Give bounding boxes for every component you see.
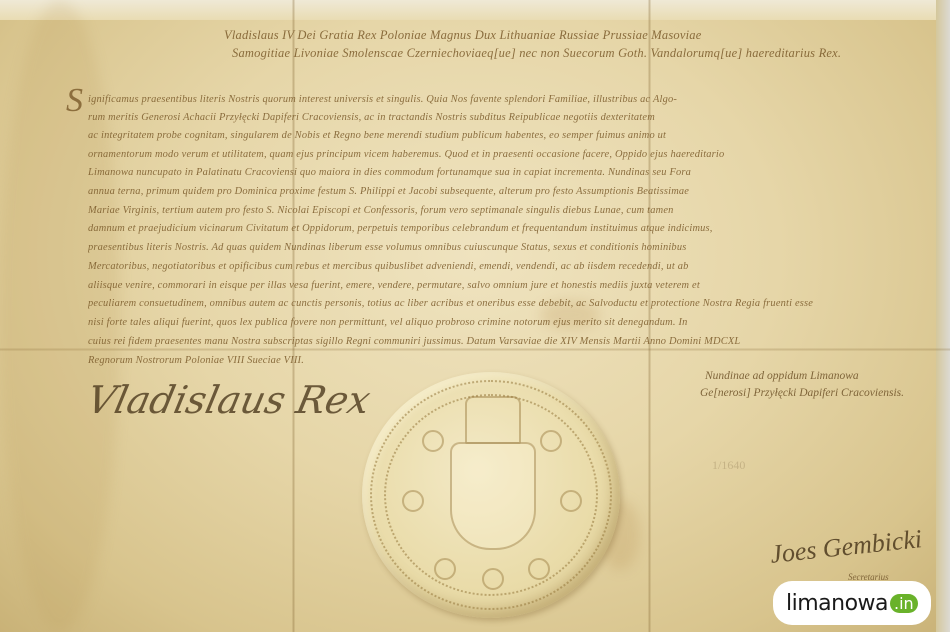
body-line: Limanowa nuncupato in Palatinatu Cracovi…: [88, 167, 938, 178]
body-line: aliisque venire, commorari in eisque per…: [88, 280, 938, 291]
right-note-line: Ge[nerosi] Przyłęcki Dapiferi Cracoviens…: [700, 387, 904, 399]
ornament-icon: [422, 430, 444, 452]
ornament-icon: [540, 430, 562, 452]
secretary-title: Secretarius: [848, 572, 889, 582]
crown-icon: [465, 396, 521, 444]
body-line: nisi forte tales aliqui fuerint, quos le…: [88, 317, 938, 328]
logo-tld: .in: [890, 594, 918, 613]
body-line: cuius rei fidem praesentes manu Nostra s…: [88, 336, 938, 347]
ornament-icon: [560, 490, 582, 512]
king-signature: Vladislaus Rex: [83, 378, 374, 422]
header-line: Vladislaus IV Dei Gratia Rex Poloniae Ma…: [224, 28, 701, 43]
ornament-icon: [434, 558, 456, 580]
fold-line-horizontal: [0, 348, 950, 351]
body-line: Regnorum Nostrorum Poloniae VIII Sueciae…: [88, 355, 938, 366]
body-line: ac integritatem probe cognitam, singular…: [88, 130, 938, 141]
body-line: damnum et praejudicium vicinarum Civitat…: [88, 223, 938, 234]
ornament-icon: [482, 568, 504, 590]
secretary-signature: Joes Gembicki: [769, 524, 924, 570]
body-line: Mariae Virginis, tertium autem pro festo…: [88, 205, 938, 216]
body-line: peculiarem consuetudinem, omnibus autem …: [88, 298, 938, 309]
ornament-icon: [402, 490, 424, 512]
right-note-line: Nundinae ad oppidum Limanowa: [705, 370, 859, 382]
drop-capital: S: [66, 82, 83, 120]
pencil-mark: 1/1640: [712, 458, 745, 473]
body-line: ornamentorum modo verum et utilitatem, q…: [88, 149, 938, 160]
body-line: ignificamus praesentibus literis Nostris…: [88, 94, 938, 105]
body-line: annua terna, primum quidem pro Dominica …: [88, 186, 938, 197]
royal-seal: [362, 372, 620, 618]
body-line: rum meritis Generosi Achacii Przyłęcki D…: [88, 112, 938, 123]
header-line: Samogitiae Livoniae Smolenscae Czerniech…: [232, 46, 841, 61]
shield-icon: [450, 442, 536, 550]
document-photo: Vladislaus IV Dei Gratia Rex Poloniae Ma…: [0, 0, 950, 632]
logo-text: limanowa: [786, 591, 888, 616]
ornament-icon: [528, 558, 550, 580]
background-top: [0, 0, 950, 20]
background-right: [936, 0, 950, 632]
body-line: praesentibus literis Nostris. Ad quas qu…: [88, 242, 938, 253]
watermark-logo: limanowa .in: [776, 584, 928, 622]
body-line: Mercatoribus, negotiatoribus et opificib…: [88, 261, 938, 272]
